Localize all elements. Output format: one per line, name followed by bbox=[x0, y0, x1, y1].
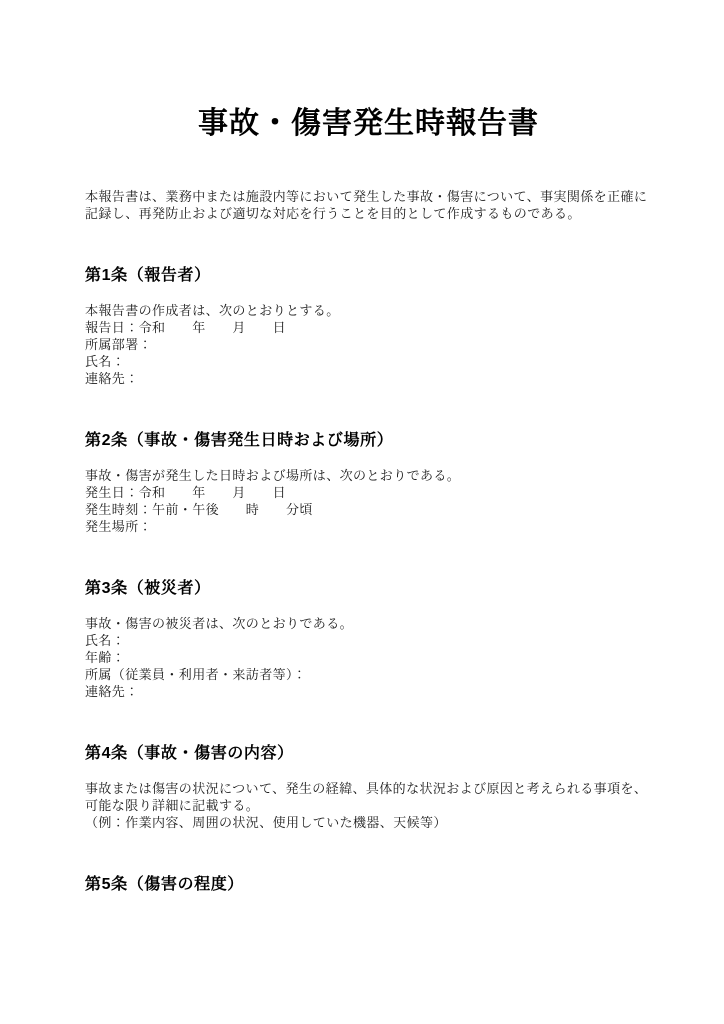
section-heading-article-5: 第5条（傷害の程度） bbox=[85, 875, 652, 895]
intro-paragraph: 本報告書は、業務中または施設内等において発生した事故・傷害について、事実関係を正… bbox=[85, 188, 652, 222]
body-line-example: （例：作業内容、周囲の状況、使用していた機器、天候等） bbox=[85, 814, 652, 831]
section-article-1: 第1条（報告者） 本報告書の作成者は、次のとおりとする。 報告日：令和 年 月 … bbox=[85, 266, 652, 387]
section-body-article-3: 事故・傷害の被災者は、次のとおりである。 氏名： 年齢： 所属（従業員・利用者・… bbox=[85, 615, 652, 700]
body-line-occurrence-place: 発生場所： bbox=[85, 518, 652, 535]
section-heading-article-1: 第1条（報告者） bbox=[85, 266, 652, 286]
document-title: 事故・傷害発生時報告書 bbox=[85, 106, 652, 142]
document-page: 事故・傷害発生時報告書 本報告書は、業務中または施設内等において発生した事故・傷… bbox=[0, 0, 724, 1024]
section-heading-article-4: 第4条（事故・傷害の内容） bbox=[85, 744, 652, 764]
body-line-description: 事故または傷害の状況について、発生の経緯、具体的な状況および原因と考えられる事項… bbox=[85, 780, 652, 814]
section-body-article-2: 事故・傷害が発生した日時および場所は、次のとおりである。 発生日：令和 年 月 … bbox=[85, 467, 652, 535]
body-line-occurrence-time: 発生時刻：午前・午後 時 分頃 bbox=[85, 501, 652, 518]
body-line-victim-name: 氏名： bbox=[85, 632, 652, 649]
body-line-department: 所属部署： bbox=[85, 336, 652, 353]
section-article-3: 第3条（被災者） 事故・傷害の被災者は、次のとおりである。 氏名： 年齢： 所属… bbox=[85, 579, 652, 700]
body-line-victim-age: 年齢： bbox=[85, 649, 652, 666]
section-article-5: 第5条（傷害の程度） bbox=[85, 875, 652, 895]
section-article-4: 第4条（事故・傷害の内容） 事故または傷害の状況について、発生の経緯、具体的な状… bbox=[85, 744, 652, 831]
body-line: 本報告書の作成者は、次のとおりとする。 bbox=[85, 302, 652, 319]
body-line: 事故・傷害の被災者は、次のとおりである。 bbox=[85, 615, 652, 632]
body-line-victim-contact: 連絡先： bbox=[85, 683, 652, 700]
section-heading-article-2: 第2条（事故・傷害発生日時および場所） bbox=[85, 431, 652, 451]
section-body-article-1: 本報告書の作成者は、次のとおりとする。 報告日：令和 年 月 日 所属部署： 氏… bbox=[85, 302, 652, 387]
section-body-article-4: 事故または傷害の状況について、発生の経緯、具体的な状況および原因と考えられる事項… bbox=[85, 780, 652, 831]
body-line-name: 氏名： bbox=[85, 353, 652, 370]
section-article-2: 第2条（事故・傷害発生日時および場所） 事故・傷害が発生した日時および場所は、次… bbox=[85, 431, 652, 535]
body-line: 事故・傷害が発生した日時および場所は、次のとおりである。 bbox=[85, 467, 652, 484]
body-line-victim-affiliation: 所属（従業員・利用者・来訪者等）： bbox=[85, 666, 652, 683]
body-line-report-date: 報告日：令和 年 月 日 bbox=[85, 319, 652, 336]
body-line-occurrence-date: 発生日：令和 年 月 日 bbox=[85, 484, 652, 501]
body-line-contact: 連絡先： bbox=[85, 370, 652, 387]
section-heading-article-3: 第3条（被災者） bbox=[85, 579, 652, 599]
